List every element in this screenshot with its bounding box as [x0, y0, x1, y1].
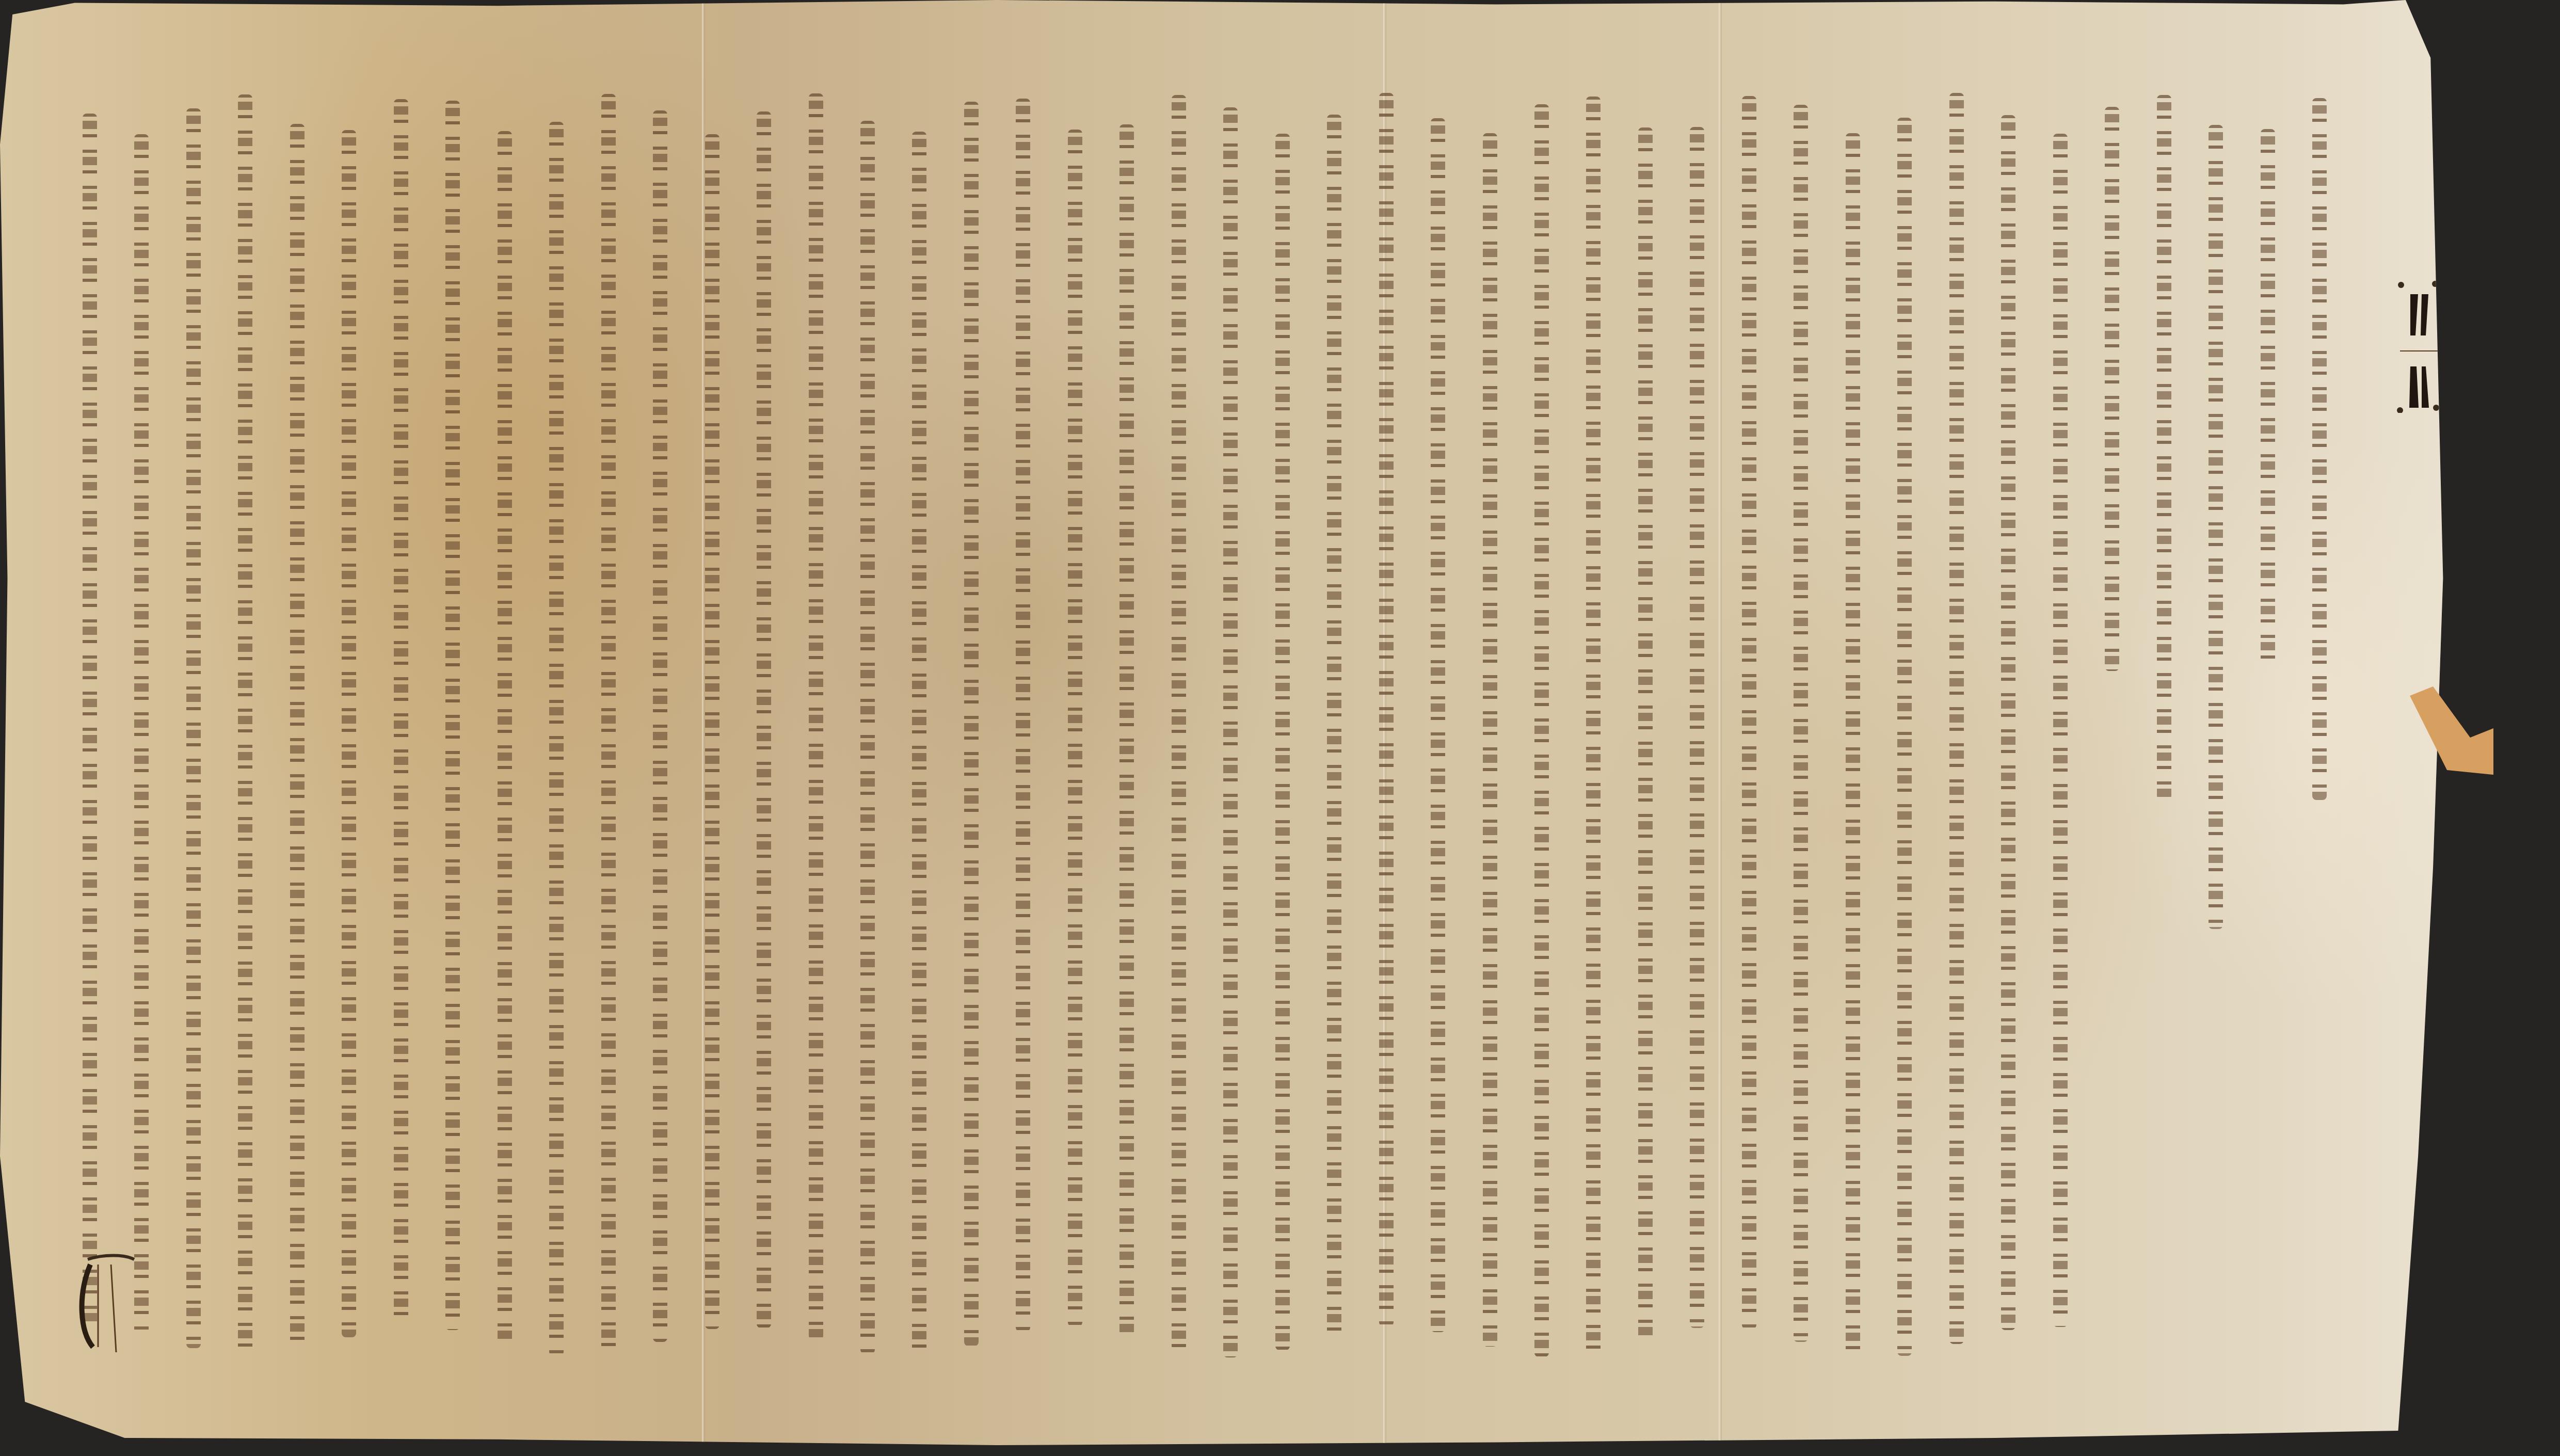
- script-line: [2157, 95, 2171, 800]
- script-line: [290, 124, 305, 1352]
- script-line: [964, 102, 979, 1347]
- parchment-sheet: [0, 0, 2493, 1445]
- script-line: [1431, 118, 1445, 1332]
- script-line: [809, 93, 823, 1340]
- script-line: [2001, 115, 2015, 1330]
- script-line: [394, 99, 408, 1327]
- script-line: [705, 134, 719, 1329]
- script-line: [498, 131, 512, 1344]
- script-line: [134, 134, 149, 1334]
- script-line: [1275, 134, 1290, 1350]
- script-line: [1638, 127, 1653, 1340]
- script-line: [1897, 118, 1912, 1356]
- fold-line: [1719, 0, 1722, 1445]
- script-line: [445, 101, 460, 1330]
- script-line: [186, 108, 201, 1349]
- script-line: [2261, 129, 2275, 671]
- decorated-initial-icon: [67, 1249, 139, 1352]
- script-line: [1327, 115, 1341, 1336]
- script-line: [1483, 133, 1497, 1347]
- script-line: [1068, 130, 1082, 1326]
- script-line: [549, 122, 564, 1356]
- script-line: [1016, 99, 1030, 1332]
- script-line: [1742, 96, 1756, 1329]
- script-line: [83, 114, 97, 1326]
- script-line: [2105, 107, 2119, 671]
- script-line: [860, 121, 875, 1353]
- script-line: [2312, 98, 2327, 800]
- script-line: [1223, 107, 1238, 1357]
- script-line: [1534, 104, 1549, 1357]
- script-line: [912, 132, 926, 1357]
- script-line: [1949, 93, 1964, 1344]
- script-line: [2209, 125, 2223, 929]
- script-line: [238, 94, 252, 1357]
- script-line: [653, 110, 667, 1342]
- script-line: [757, 111, 771, 1328]
- notarial-sign-icon: [2395, 279, 2441, 413]
- script-line: [1794, 105, 1808, 1342]
- script-line: [1119, 124, 1134, 1336]
- script-line: [342, 130, 356, 1338]
- script-line: [2053, 134, 2068, 1327]
- script-line: [1172, 95, 1186, 1351]
- script-line: [601, 94, 616, 1355]
- script-line: [1379, 93, 1394, 1326]
- script-line: [1586, 97, 1601, 1353]
- script-line: [1690, 127, 1704, 1328]
- script-line: [1846, 133, 1860, 1355]
